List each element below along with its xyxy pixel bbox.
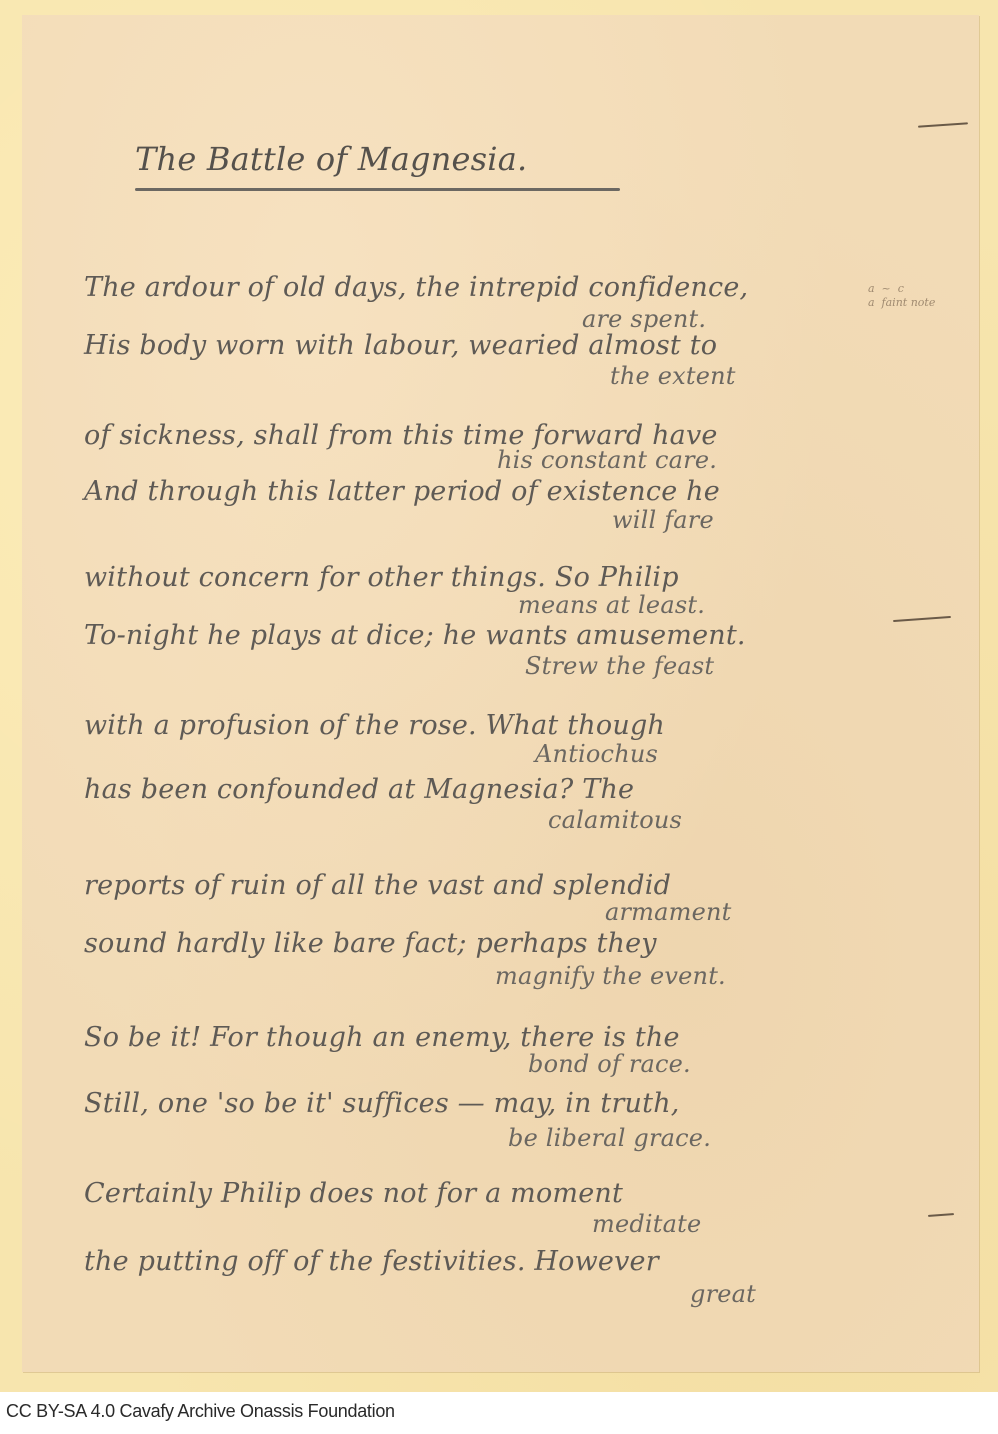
license-credit: CC BY-SA 4.0 Cavafy Archive Onassis Foun… [6, 1401, 395, 1422]
manuscript-line-3-continuation: his constant care. [497, 446, 717, 474]
manuscript-line-12-continuation: be liberal grace. [508, 1124, 711, 1152]
manuscript-line-6-continuation: Strew the feast [525, 652, 714, 680]
manuscript-line-14: the putting off of the festivities. Howe… [84, 1246, 659, 1277]
manuscript-line-8-continuation: calamitous [548, 806, 682, 834]
manuscript-line-11: So be it! For though an enemy, there is … [84, 1022, 680, 1053]
manuscript-line-13: Certainly Philip does not for a moment [84, 1178, 623, 1209]
manuscript-line-12: Still, one 'so be it' suffices — may, in… [84, 1088, 680, 1119]
manuscript-line-1: The ardour of old days, the intrepid con… [84, 272, 748, 303]
manuscript-line-6: To-night he plays at dice; he wants amus… [84, 620, 746, 651]
margin-annotation-text: a ~ c a faint note [868, 282, 935, 309]
manuscript-line-5-continuation: means at least. [518, 591, 705, 619]
title-underline [135, 188, 620, 191]
manuscript-line-14-continuation: great [690, 1280, 756, 1308]
manuscript-line-9-continuation: armament [605, 898, 732, 926]
manuscript-line-4-continuation: will fare [612, 506, 714, 534]
manuscript-line-7: with a profusion of the rose. What thoug… [84, 710, 665, 741]
manuscript-line-10-continuation: magnify the event. [495, 962, 726, 990]
manuscript-line-13-continuation: meditate [592, 1210, 701, 1238]
manuscript-title: The Battle of Magnesia. [135, 140, 527, 178]
margin-annotation: a ~ c a faint note [868, 282, 935, 310]
manuscript-line-2: His body worn with labour, wearied almos… [84, 330, 717, 361]
manuscript-line-7-continuation: Antiochus [535, 740, 658, 768]
manuscript-line-8: has been confounded at Magnesia? The [84, 774, 634, 805]
manuscript-line-5: without concern for other things. So Phi… [84, 562, 679, 593]
manuscript-line-9: reports of ruin of all the vast and sple… [84, 870, 671, 901]
manuscript-page [22, 15, 979, 1372]
manuscript-line-10: sound hardly like bare fact; perhaps the… [84, 928, 657, 959]
manuscript-line-2-continuation: the extent [610, 362, 736, 390]
manuscript-line-11-continuation: bond of race. [528, 1050, 691, 1078]
manuscript-line-1-continuation: are spent. [582, 305, 706, 333]
manuscript-line-4: And through this latter period of existe… [84, 476, 720, 507]
